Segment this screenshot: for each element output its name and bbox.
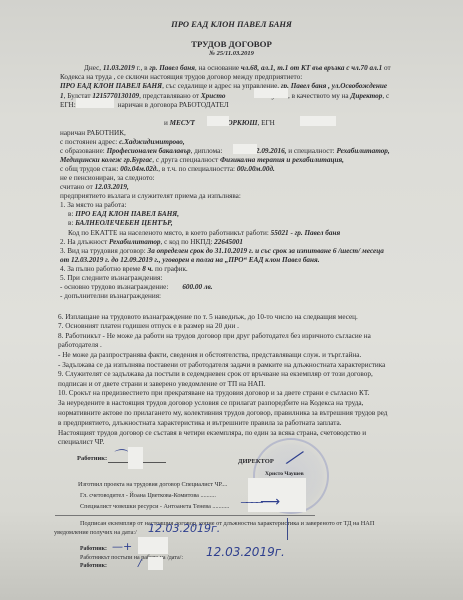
ekatte-line: Код по ЕКАТТЕ на населеното място, в кое…: [68, 229, 340, 237]
employee-education: с образование: Професионален бакалавър, …: [60, 147, 390, 155]
text: от: [382, 64, 390, 72]
clause-10: 10. Срокът на предизвестието при прекрат…: [58, 389, 369, 397]
worker-label-1: Работник:: [80, 545, 107, 553]
document-title: ТРУДОВ ДОГОВОР: [0, 40, 463, 48]
employee-address: с постоянен адрес: с.Хаджидимитрово,: [60, 138, 185, 146]
receipt-line-1: Подписан екземпляр от настоящия договор,…: [80, 520, 374, 528]
worker-signature-1: —+: [112, 540, 132, 553]
employee-pension: не е пенсиониран, за следното:: [60, 174, 155, 182]
redaction: [148, 557, 163, 570]
nkpd-code: 22645001: [214, 238, 243, 246]
text: , в качеството му на: [288, 92, 350, 100]
clause-7: 7. Основният платен годишен отпуск е в р…: [58, 322, 239, 330]
clause-3: 3. Вид на трудовия договор: За определен…: [60, 247, 384, 255]
clause-5: 5. При следните възнаграждения:: [60, 274, 162, 282]
text: 4. За пълно работно време: [60, 265, 142, 273]
text: и специалност:: [286, 147, 336, 155]
clause-9: 9. Служителят се задължава да постъпи в …: [58, 370, 373, 378]
text: 2. На длъжност: [60, 238, 109, 246]
text: Код по ЕКАТТЕ на населеното място, в кое…: [68, 229, 271, 237]
text: по график.: [153, 265, 188, 273]
hr-specialist: Специалист човешки ресурси - Антоанета Т…: [80, 503, 229, 511]
start-date: 12.03.2019,: [95, 183, 129, 191]
text: , диплома:: [191, 147, 223, 155]
text: с постоянен адрес:: [60, 138, 119, 146]
redaction: [233, 144, 257, 154]
director-role: Директор: [350, 92, 382, 100]
workplace-1: в: ПРО ЕАД КЛОН ПАВЕЛ БАНЯ,: [68, 210, 179, 218]
worker-label-2: Работник:: [80, 562, 107, 570]
legal-basis: чл.68, ал.1, т.1 от КТ във връзка с чл.7…: [241, 64, 382, 72]
employee-first-name: МЕСУТ: [170, 119, 195, 127]
intro-line-2: Кодекса на труда , се сключи настоящия т…: [60, 73, 302, 81]
document-number: № 25/11.03.2019: [0, 50, 463, 58]
text: , на основание: [195, 64, 241, 72]
ekatte-value: 55021 - гр. Павел баня: [271, 229, 340, 237]
text: 3. Вид на трудовия договор:: [60, 247, 148, 255]
closing-5: специалист ЧР.: [58, 438, 104, 446]
clause-3-cont: от 12.03.2019 г. до 12.09.2019 г., угово…: [60, 256, 320, 264]
other-specialty: Физикална терапия и рехабилитация,: [220, 156, 344, 164]
text: , представлявано от: [139, 92, 201, 100]
address-value: с.Хаджидимитрово,: [119, 138, 185, 146]
company-heading: ПРО ЕАД КЛОН ПАВЕЛ БАНЯ: [0, 20, 463, 28]
worker-signature: ⌒: [112, 446, 126, 466]
egn-label: ЕГН:: [60, 101, 76, 109]
workplace-2: в: БАЛНЕОЛЕЧЕБЕН ЦЕНТЪР,: [68, 219, 173, 227]
start-date-handwritten: 12.03.2019г.: [206, 545, 285, 559]
clause-9-cont: подписан и от двете страни и заверено ув…: [58, 380, 265, 388]
workplace-value: ПРО ЕАД КЛОН ПАВЕЛ БАНЯ,: [75, 210, 179, 218]
clause-8-c: - Задължава се да изпълнява поставени от…: [58, 361, 385, 369]
assign-line: предприятието възлага и служителят прием…: [60, 192, 241, 200]
worker-signature-2: /: [138, 558, 141, 569]
employee-called: наричан РАБОТНИК,: [60, 129, 126, 137]
specialty-value: Рехабилитатор,: [336, 147, 389, 155]
workplace-value: БАЛНЕОЛЕЧЕБЕН ЦЕНТЪР,: [75, 219, 173, 227]
director-first-name: Христо: [201, 92, 226, 100]
egn-label: , ЕГН: [257, 119, 274, 127]
base-salary-line: - основно трудово възнаграждение:600.00 …: [60, 283, 213, 291]
receipt-date-handwritten: 12.03.2019г.: [148, 522, 220, 535]
clause-8-b: - Не може да разпространява факти, сведе…: [58, 351, 361, 359]
redaction: [76, 98, 114, 108]
clause-8-cont: работодателя .: [58, 341, 102, 349]
clause-6: 6. Изплащане на трудовото възнаграждение…: [58, 313, 358, 321]
employee-experience: с общ трудов стаж: 00г.04м.02д., в т.ч. …: [60, 165, 275, 173]
closing-3: в предприятието, длъжностната характерис…: [58, 419, 341, 427]
text: наричан в договора РАБОТОДАТЕЛ: [118, 101, 229, 109]
divider: [55, 515, 315, 516]
redaction: [128, 447, 143, 469]
text: с общ трудов стаж:: [60, 165, 120, 173]
closing-4: Настоящият трудов договор се съставя в ч…: [58, 429, 366, 437]
start-date-line: считано от 12.03.2019,: [60, 183, 129, 191]
director-label: ДИРЕКТОР: [238, 458, 274, 466]
extra-pay-line: - допълнителни възнаграждения:: [60, 292, 161, 300]
director-name: Христо Чаушев: [265, 470, 304, 478]
experience-total: 00г.04м.02д.: [120, 165, 158, 173]
redaction: [254, 88, 288, 98]
chief-accountant: Гл. счетоводител - Йоана Цветкова-Комито…: [80, 492, 216, 500]
employer-address: гр. Павел баня , ул.Освобождение: [281, 82, 387, 90]
college-name: Медицински колеж гр.Бургас: [60, 156, 152, 164]
text: , с код по НКПД:: [161, 238, 215, 246]
clause-2: 2. На длъжност Рехабилитатор, с код по Н…: [60, 238, 243, 246]
pen-mark: [287, 518, 288, 540]
employee-last-name: ЮРКЮШ: [225, 119, 258, 127]
clause-4: 4. За пълно работно време 8 ч. по график…: [60, 265, 188, 273]
clause-8: 8. Работникът - Не може да работи на тру…: [58, 332, 371, 340]
text: с образование:: [60, 147, 107, 155]
text: , с: [382, 92, 389, 100]
closing-1: За неуредените в настоящия трудов догово…: [58, 399, 363, 407]
employee-college: Медицински колеж гр.Бургас, с друга спец…: [60, 156, 344, 164]
started-work-line: Работникът постъпи на работа на /дата/:: [80, 554, 183, 562]
work-hours: 8 ч.: [142, 265, 153, 273]
text: считано от: [60, 183, 95, 191]
contract-date: 11.03.2019: [103, 64, 135, 72]
experience-specialty: 00г.00м.00д.: [237, 165, 275, 173]
redaction: [300, 116, 336, 126]
contract-term: За определен срок до 31.10.2019 г. и със…: [148, 247, 384, 255]
closing-2: нормативните актове по прилагането му, к…: [58, 409, 387, 417]
text: Днес,: [84, 64, 103, 72]
position-value: Рехабилитатор: [109, 238, 160, 246]
text: г., в: [135, 64, 150, 72]
text: - основно трудово възнаграждение:: [60, 283, 168, 291]
intro-line-3: ПРО ЕАД КЛОН ПАВЕЛ БАНЯ, със седалище и …: [60, 82, 387, 90]
employer-name: ПРО ЕАД КЛОН ПАВЕЛ БАНЯ: [60, 82, 162, 90]
redaction: [207, 116, 229, 126]
text: , с друга специалност: [152, 156, 220, 164]
city: гр. Павел баня: [149, 64, 195, 72]
prepared-by: Изготвил проекта на трудовия договор Спе…: [78, 481, 227, 489]
redaction: [138, 537, 168, 554]
receipt-line-2: уведомление получих на дата:/: [54, 529, 137, 537]
text: , в т.ч. по специалността:: [158, 165, 237, 173]
worker-signature-label: Работник:: [77, 455, 107, 463]
document-page: ПРО ЕАД КЛОН ПАВЕЛ БАНЯ ТРУДОВ ДОГОВОР №…: [0, 0, 463, 600]
clause-1: 1. За място на работа:: [60, 201, 126, 209]
base-salary: 600.00 лв.: [182, 283, 212, 291]
intro-line-1: Днес, 11.03.2019 г., в гр. Павел баня, н…: [84, 64, 391, 72]
hr-signature: ⎯⎯⎯⎯⟶: [240, 494, 278, 510]
education-value: Професионален бакалавър: [107, 147, 191, 155]
